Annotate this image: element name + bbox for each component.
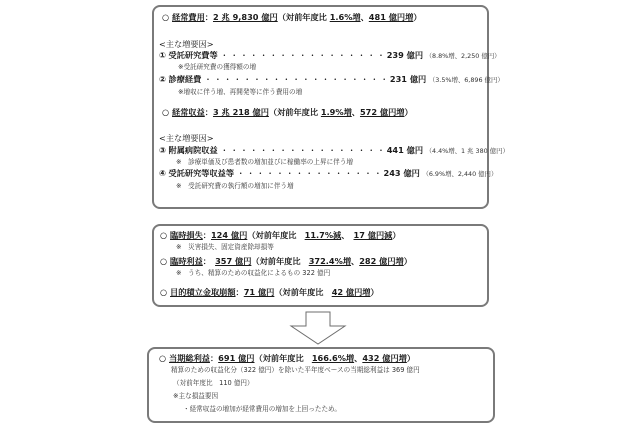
revenue-factors-heading: <主な増要因> [159,133,214,143]
item-number: ② [159,74,166,84]
gain-note: ※ うち、精算のための収益化によるもの 322 億円 [176,268,330,278]
paren: ） [413,12,421,22]
expenses-diff: 481 億円増 [369,12,414,22]
colon: ： [203,256,215,266]
loss-amount: 124 億円 [211,230,247,240]
bullet-icon: ○ [159,353,166,363]
item-number: ④ [159,168,166,178]
sep: 、 [361,12,369,22]
sep: 、 [351,256,359,266]
item-amount: 441 億円 [387,145,423,155]
net-income-headline: ○ 当期総利益：691 億円（対前年度比 166.6%増、432 億円増） [159,353,415,363]
revenue-diff: 572 億円増 [360,107,405,117]
paren: ） [404,256,412,266]
item-detail: （3.5%増、6,896 億円） [429,76,504,84]
expenses-label: 経常費用 [172,12,205,22]
net-income-pct: 166.6%増 [312,353,354,363]
gain-amount: 357 億円 [215,256,251,266]
extraordinary-loss-line: ○ 臨時損失：124 億円（対前年度比 11.7%減、 17 億円減） [160,230,401,240]
reserve-withdrawal-line: ○ 目的積立金取崩額：71 億円（対前年度比 42 億円増） [160,287,379,297]
extraordinary-gain-line: ○ 臨時利益： 357 億円（対前年度比 372.4%増、282 億円増） [160,256,412,266]
loss-label: 臨時損失 [170,230,203,240]
net-income-amount: 691 億円 [218,353,254,363]
extraordinary-box: ○ 臨時損失：124 億円（対前年度比 11.7%減、 17 億円減） ※ 災害… [152,224,489,307]
item-amount: 239 億円 [387,50,423,60]
paren: ） [371,287,379,297]
item-label: 診療経費 [169,74,202,84]
revenue-item-4-note: ※ 受託研究費の執行額の増加に伴う増 [176,181,294,191]
loss-note: ※ 災害損失、固定資産除却損等 [176,242,274,252]
reserve-label: 目的積立金取崩額 [170,287,236,297]
colon: ： [210,353,218,363]
expenses-headline: ○ 経常費用：2 兆 9,830 億円（対前年度比 1.6%増、481 億円増） [162,12,422,22]
paren: （対前年度比 [269,107,321,117]
profit-factors-heading: ※主な損益要因 [173,391,218,401]
revenue-item-4: ④ 受託研究等収益等 ・・・・・・・・・・・・・・・243 億円 （6.9%増、… [159,168,497,179]
colon: ： [205,107,213,117]
loss-diff: 17 億円減 [354,230,393,240]
expenses-pct: 1.6%増 [330,12,361,22]
net-income-diff: 432 億円増 [362,353,407,363]
item-label: 受託研究費等 [169,50,218,60]
expense-item-1: ① 受託研究費等 ・・・・・・・・・・・・・・・・・239 億円 （8.8%増、… [159,50,501,61]
paren: ） [392,230,400,240]
bullet-icon: ○ [160,287,167,297]
net-income-normalized-diff: （対前年度比 110 億円） [173,378,254,388]
leader-dots: ・・・・・・・・・・・・・・・・・ [220,50,386,60]
bullet-icon: ○ [162,107,169,117]
expense-item-1-note: ※受託研究費の獲得額の増 [178,62,256,72]
revenue-amount: 3 兆 218 億円 [213,107,269,117]
net-income-normalized: 精算のための収益化分（322 億円）を除いた平年度ベースの当期総利益は 369 … [171,365,420,375]
leader-dots: ・・・・・・・・・・・・・・・・・・・ [204,74,390,84]
gain-pct: 372.4%増 [309,256,351,266]
item-detail: （4.4%増、1 兆 380 億円） [426,147,509,155]
net-income-box: ○ 当期総利益：691 億円（対前年度比 166.6%増、432 億円増） 精算… [147,347,495,423]
bullet-icon: ○ [160,230,167,240]
gain-diff: 282 億円増 [359,256,404,266]
colon: ： [236,287,244,297]
item-number: ① [159,50,166,60]
revenue-label: 経常収益 [172,107,205,117]
item-detail: （6.9%増、2,440 億円） [422,170,497,178]
sep: 、 [341,230,353,240]
revenue-item-3: ③ 附属病院収益 ・・・・・・・・・・・・・・・・・441 億円 （4.4%増、… [159,145,509,156]
net-income-label: 当期総利益 [169,353,210,363]
reserve-amount: 71 億円 [244,287,275,297]
paren: （対前年度比 [274,287,331,297]
revenue-headline: ○ 経常収益：3 兆 218 億円（対前年度比 1.9%増、572 億円増） [162,107,413,117]
leader-dots: ・・・・・・・・・・・・・・・・・ [220,145,386,155]
paren: （対前年度比 [255,353,312,363]
loss-pct: 11.7%減 [305,230,342,240]
item-amount: 231 億円 [390,74,426,84]
paren: ） [407,353,415,363]
ordinary-summary-box: ○ 経常費用：2 兆 9,830 億円（対前年度比 1.6%増、481 億円増）… [152,5,489,209]
bullet-icon: ○ [162,12,169,22]
paren: （対前年度比 [247,230,304,240]
expense-item-2-note: ※増収に伴う増、再開発等に伴う費用の増 [178,87,302,97]
down-arrow-icon [289,311,347,345]
gain-label: 臨時利益 [170,256,203,266]
profit-factor-item: ・経常収益の増加が経常費用の増加を上回ったため。 [183,404,341,414]
item-label: 受託研究等収益等 [169,168,235,178]
expenses-factors-heading: <主な増要因> [159,39,214,49]
paren: ） [405,107,413,117]
paren: （対前年度比 [251,256,308,266]
reserve-diff: 42 億円増 [332,287,371,297]
item-amount: 243 億円 [384,168,420,178]
paren: （対前年度比 [278,12,330,22]
revenue-item-3-note: ※ 診療単価及び患者数の増加並びに稼働率の上昇に伴う増 [176,157,353,167]
item-number: ③ [159,145,166,155]
colon: ： [205,12,213,22]
expenses-amount: 2 兆 9,830 億円 [213,12,278,22]
expense-item-2: ② 診療経費 ・・・・・・・・・・・・・・・・・・・231 億円 （3.5%増、… [159,74,504,85]
colon: ： [203,230,211,240]
leader-dots: ・・・・・・・・・・・・・・・ [237,168,384,178]
bullet-icon: ○ [160,256,167,266]
item-detail: （8.8%増、2,250 億円） [426,52,501,60]
revenue-pct: 1.9%増 [321,107,352,117]
sep: 、 [352,107,360,117]
item-label: 附属病院収益 [169,145,218,155]
